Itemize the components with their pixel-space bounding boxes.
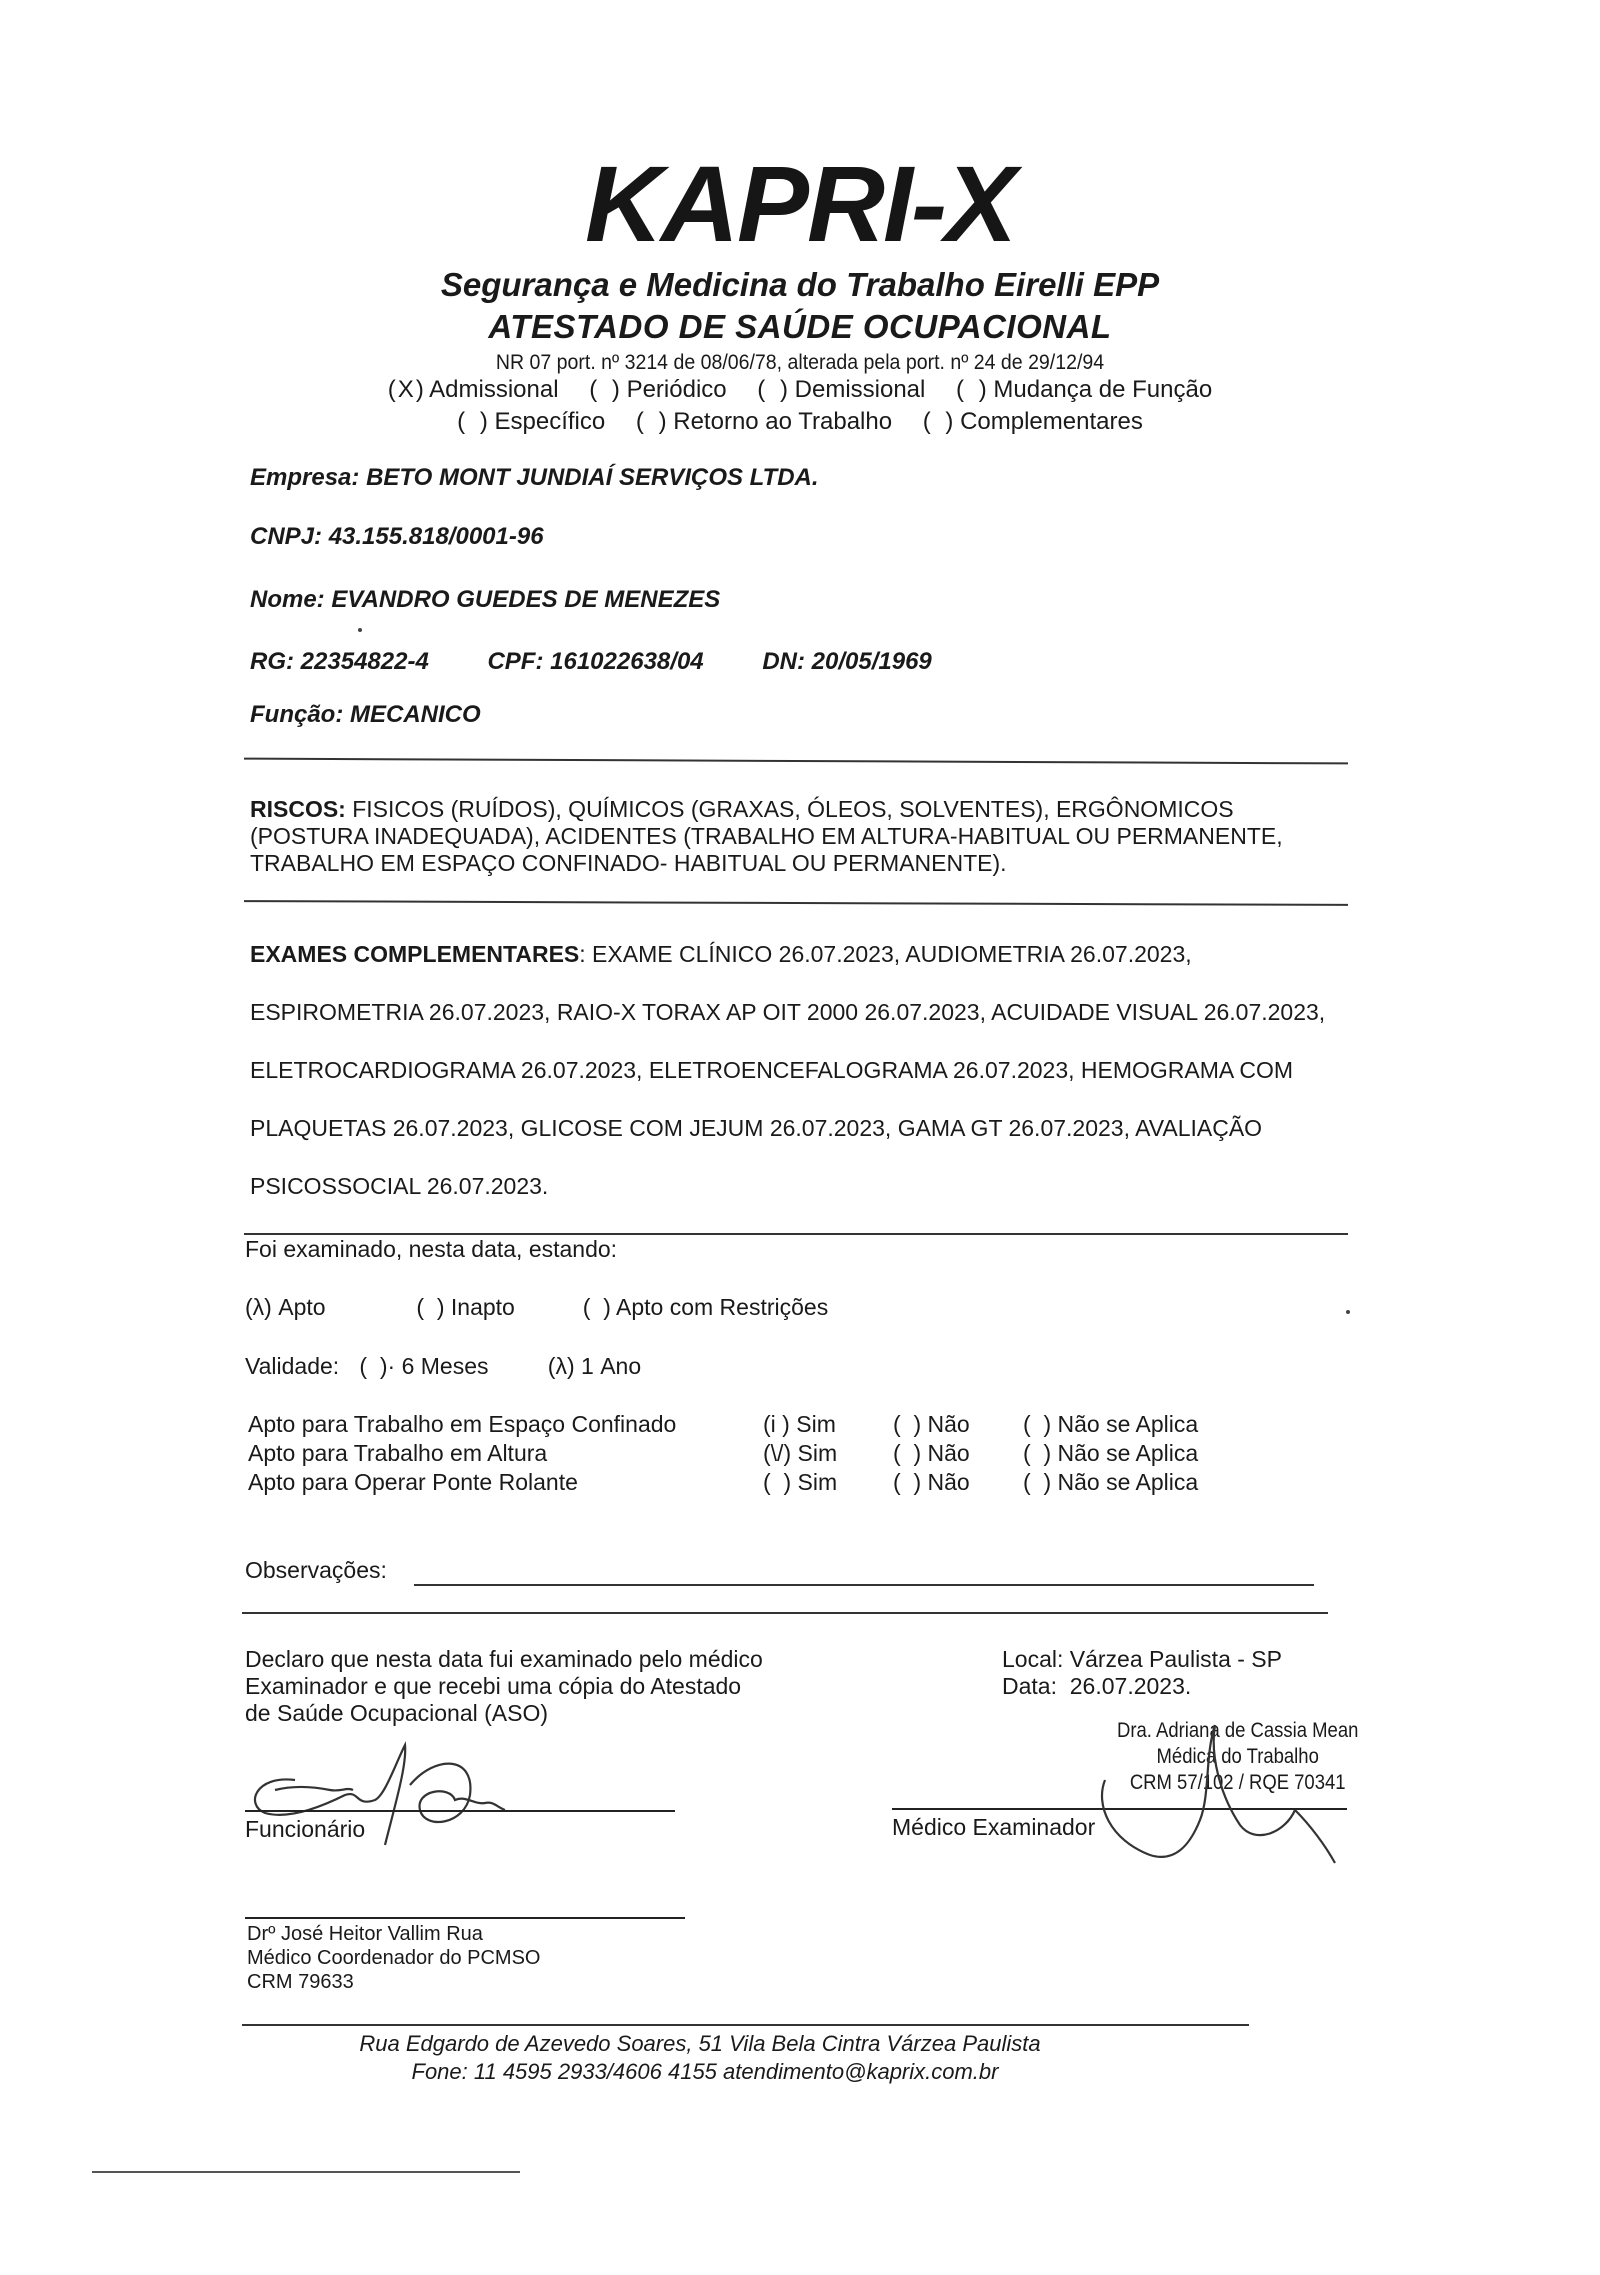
checkbox-mark xyxy=(648,408,655,435)
employee-signature-line xyxy=(245,1810,675,1812)
option-label: Inapto xyxy=(451,1294,515,1320)
checkbox-mark xyxy=(469,408,476,435)
checkbox-mark: \/ xyxy=(771,1440,784,1466)
funcionario-label: Funcionário xyxy=(245,1816,365,1844)
validade-1-ano[interactable]: (λ) 1 Ano xyxy=(548,1353,641,1381)
exames-section: EXAMES COMPLEMENTARES: EXAME CLÍNICO 26.… xyxy=(250,925,1360,1215)
option-nao[interactable]: ( ) Não xyxy=(893,1439,1023,1468)
exam-type-label: Admissional xyxy=(429,376,558,403)
local-field: Local: Várzea Paulista - SP xyxy=(1002,1646,1282,1673)
exam-type-demissional[interactable]: ( ) Demissional xyxy=(757,376,925,403)
exam-type-complementares[interactable]: ( ) Complementares xyxy=(923,408,1143,435)
option-sim[interactable]: (i ) Sim xyxy=(763,1410,893,1439)
table-row: Apto para Trabalho em Espaço Confinado (… xyxy=(248,1410,1198,1439)
riscos-text: FISICOS (RUÍDOS), QUÍMICOS (GRAXAS, ÓLEO… xyxy=(250,796,1283,876)
company-subtitle: Segurança e Medicina do Trabalho Eirelli… xyxy=(0,268,1600,301)
checkbox-mark xyxy=(1037,1469,1043,1495)
checkbox-mark: i xyxy=(771,1411,776,1437)
divider xyxy=(244,900,1348,906)
doctor-signature xyxy=(1090,1715,1350,1865)
divider xyxy=(244,758,1348,765)
table-row: Apto para Operar Ponte Rolante ( ) Sim (… xyxy=(248,1468,1198,1497)
cpf-field: CPF: 161022638/04 xyxy=(487,648,703,675)
cpf-value: 161022638/04 xyxy=(550,648,704,675)
result-intro: Foi examinado, nesta data, estando: xyxy=(245,1236,617,1264)
employee-signature xyxy=(235,1735,535,1865)
checkbox-mark xyxy=(597,1294,603,1320)
local-label: Local: xyxy=(1002,1646,1063,1672)
option-label: Não se Aplica xyxy=(1058,1469,1199,1495)
dn-value: 20/05/1969 xyxy=(812,648,932,675)
funcao-field: Função: MECANICO xyxy=(250,703,481,727)
riscos-section: RISCOS: FISICOS (RUÍDOS), QUÍMICOS (GRAX… xyxy=(250,796,1340,877)
coordenador-line: Médico Coordenador do PCMSO xyxy=(247,1946,540,1970)
nome-field: Nome: EVANDRO GUEDES DE MENEZES xyxy=(250,588,720,612)
scan-speck xyxy=(358,628,362,632)
option-label: Não xyxy=(928,1411,970,1437)
option-label: Não xyxy=(928,1469,970,1495)
checkbox-mark xyxy=(907,1411,913,1437)
aptidao-label: Apto para Operar Ponte Rolante xyxy=(248,1468,763,1497)
checkbox-mark xyxy=(373,1353,379,1379)
option-label: 6 Meses xyxy=(402,1353,489,1379)
cnpj-value: 43.155.818/0001-96 xyxy=(329,523,544,550)
result-options: (λ) Apto ( ) Inapto ( ) Apto com Restriç… xyxy=(245,1294,828,1322)
footer-divider xyxy=(242,2024,1249,2026)
option-label: Sim xyxy=(798,1469,838,1495)
local-data-block: Local: Várzea Paulista - SP Data: 26.07.… xyxy=(1002,1646,1282,1700)
scan-speck xyxy=(1346,1310,1350,1314)
option-nao-se-aplica[interactable]: ( ) Não se Aplica xyxy=(1023,1410,1198,1439)
exam-type-label: Complementares xyxy=(960,408,1143,435)
checkbox-mark xyxy=(601,376,608,403)
option-label: Não xyxy=(928,1440,970,1466)
divider xyxy=(244,1233,1348,1235)
exam-type-label: Demissional xyxy=(795,376,926,403)
option-label: Não se Aplica xyxy=(1058,1411,1199,1437)
rg-value: 22354822-4 xyxy=(301,648,429,675)
cnpj-field: CNPJ: 43.155.818/0001-96 xyxy=(250,525,544,549)
option-label: Sim xyxy=(796,1411,836,1437)
option-label: Apto com Restrições xyxy=(616,1294,828,1320)
observacoes-input-line[interactable] xyxy=(414,1584,1314,1586)
checkbox-mark xyxy=(907,1440,913,1466)
funcao-label: Função: xyxy=(250,701,343,728)
exam-type-periodico[interactable]: ( ) Periódico xyxy=(589,376,726,403)
company-logo-text: KAPRI-X xyxy=(0,150,1600,258)
declaracao-line: de Saúde Ocupacional (ASO) xyxy=(245,1700,763,1727)
exam-type-row-2: ( ) Específico ( ) Retorno ao Trabalho (… xyxy=(0,410,1600,434)
option-label: Apto xyxy=(278,1294,325,1320)
coordenador-line: Drº José Heitor Vallim Rua xyxy=(247,1922,540,1946)
result-apto[interactable]: (λ) Apto xyxy=(245,1294,410,1322)
data-value: 26.07.2023. xyxy=(1070,1673,1192,1699)
aptidao-label: Apto para Trabalho em Espaço Confinado xyxy=(248,1410,763,1439)
validade-row: Validade: ( )· 6 Meses (λ) 1 Ano xyxy=(245,1353,641,1381)
cpf-label: CPF: xyxy=(487,648,543,675)
option-label: Sim xyxy=(798,1440,838,1466)
regulation-reference: NR 07 port. nº 3214 de 08/06/78, alterad… xyxy=(56,352,1544,373)
checkbox-mark xyxy=(1037,1440,1043,1466)
checkbox-mark: λ xyxy=(253,1294,265,1320)
result-inapto[interactable]: ( ) Inapto xyxy=(416,1294,576,1322)
validade-6-meses[interactable]: ( )· 6 Meses xyxy=(359,1353,541,1381)
empresa-label: Empresa: xyxy=(250,464,359,491)
checkbox-mark xyxy=(935,408,942,435)
rg-label: RG: xyxy=(250,648,294,675)
exam-type-row-1: (X) Admissional ( ) Periódico ( ) Demiss… xyxy=(0,378,1600,402)
exam-type-label: Específico xyxy=(495,408,606,435)
empresa-field: Empresa: BETO MONT JUNDIAÍ SERVIÇOS LTDA… xyxy=(250,466,819,490)
checkbox-mark xyxy=(1037,1411,1043,1437)
exam-type-retorno[interactable]: ( ) Retorno ao Trabalho xyxy=(636,408,892,435)
nome-label: Nome: xyxy=(250,586,325,613)
footer-contact: Fone: 11 4595 2933/4606 4155 atendimento… xyxy=(0,2058,1505,2086)
option-label: 1 Ano xyxy=(581,1353,641,1379)
data-field: Data: 26.07.2023. xyxy=(1002,1673,1282,1700)
dn-field: DN: 20/05/1969 xyxy=(762,648,931,675)
declaracao-line: Declaro que nesta data fui examinado pel… xyxy=(245,1646,763,1673)
option-nao[interactable]: ( ) Não xyxy=(893,1410,1023,1439)
declaracao-text: Declaro que nesta data fui examinado pel… xyxy=(245,1646,763,1727)
declaracao-line: Examinador e que recebi uma cópia do Ate… xyxy=(245,1673,763,1700)
cnpj-label: CNPJ: xyxy=(250,523,322,550)
aptidoes-table: Apto para Trabalho em Espaço Confinado (… xyxy=(248,1410,1198,1497)
coordenador-signature-line xyxy=(245,1917,685,1919)
exam-type-mudanca-funcao[interactable]: ( ) Mudança de Função xyxy=(956,376,1212,403)
option-nao[interactable]: ( ) Não xyxy=(893,1468,1023,1497)
checkbox-mark: λ xyxy=(555,1353,567,1379)
exam-type-admissional[interactable]: (X) Admissional xyxy=(388,376,559,403)
checkbox-mark xyxy=(430,1294,436,1320)
exam-type-label: Retorno ao Trabalho xyxy=(673,408,892,435)
option-nao-se-aplica[interactable]: ( ) Não se Aplica xyxy=(1023,1468,1198,1497)
table-row: Apto para Trabalho em Altura (\/) Sim ( … xyxy=(248,1439,1198,1468)
checkbox-mark xyxy=(907,1469,913,1495)
checkbox-mark: X xyxy=(398,376,414,403)
option-sim[interactable]: (\/) Sim xyxy=(763,1439,893,1468)
observacoes-input-line-2[interactable] xyxy=(242,1612,1328,1614)
result-apto-restricoes[interactable]: ( ) Apto com Restrições xyxy=(583,1294,828,1322)
funcao-value: MECANICO xyxy=(350,701,481,728)
data-label: Data: xyxy=(1002,1673,1057,1699)
option-nao-se-aplica[interactable]: ( ) Não se Aplica xyxy=(1023,1439,1198,1468)
rg-field: RG: 22354822-4 xyxy=(250,648,429,675)
checkbox-mark xyxy=(777,1469,783,1495)
checkbox-mark xyxy=(968,376,975,403)
option-sim[interactable]: ( ) Sim xyxy=(763,1468,893,1497)
aptidao-label: Apto para Trabalho em Altura xyxy=(248,1439,763,1468)
coordenador-block: Drº José Heitor Vallim Rua Médico Coorde… xyxy=(247,1922,540,1994)
nome-value: EVANDRO GUEDES DE MENEZES xyxy=(331,586,720,613)
option-label: Não se Aplica xyxy=(1058,1440,1199,1466)
document-title: ATESTADO DE SAÚDE OCUPACIONAL xyxy=(0,310,1600,343)
checkbox-mark xyxy=(769,376,776,403)
exam-type-label: Periódico xyxy=(627,376,727,403)
exames-text: : EXAME CLÍNICO 26.07.2023, AUDIOMETRIA … xyxy=(250,941,1325,1199)
validade-label: Validade: xyxy=(245,1353,353,1381)
riscos-label: RISCOS: xyxy=(250,796,346,822)
coordenador-line: CRM 79633 xyxy=(247,1970,540,1994)
dn-label: DN: xyxy=(762,648,805,675)
footer-address: Rua Edgardo de Azevedo Soares, 51 Vila B… xyxy=(0,2030,1500,2058)
exam-type-label: Mudança de Função xyxy=(993,376,1212,403)
documents-row: RG: 22354822-4 CPF: 161022638/04 DN: 20/… xyxy=(250,650,984,674)
exames-label: EXAMES COMPLEMENTARES xyxy=(250,941,579,967)
empresa-value: BETO MONT JUNDIAÍ SERVIÇOS LTDA. xyxy=(366,464,818,491)
bottom-divider xyxy=(92,2171,520,2173)
medico-examinador-label: Médico Examinador xyxy=(892,1814,1095,1842)
observacoes-label: Observações: xyxy=(245,1557,387,1585)
exam-type-especifico[interactable]: ( ) Específico xyxy=(457,408,605,435)
local-value: Várzea Paulista - SP xyxy=(1070,1646,1282,1672)
